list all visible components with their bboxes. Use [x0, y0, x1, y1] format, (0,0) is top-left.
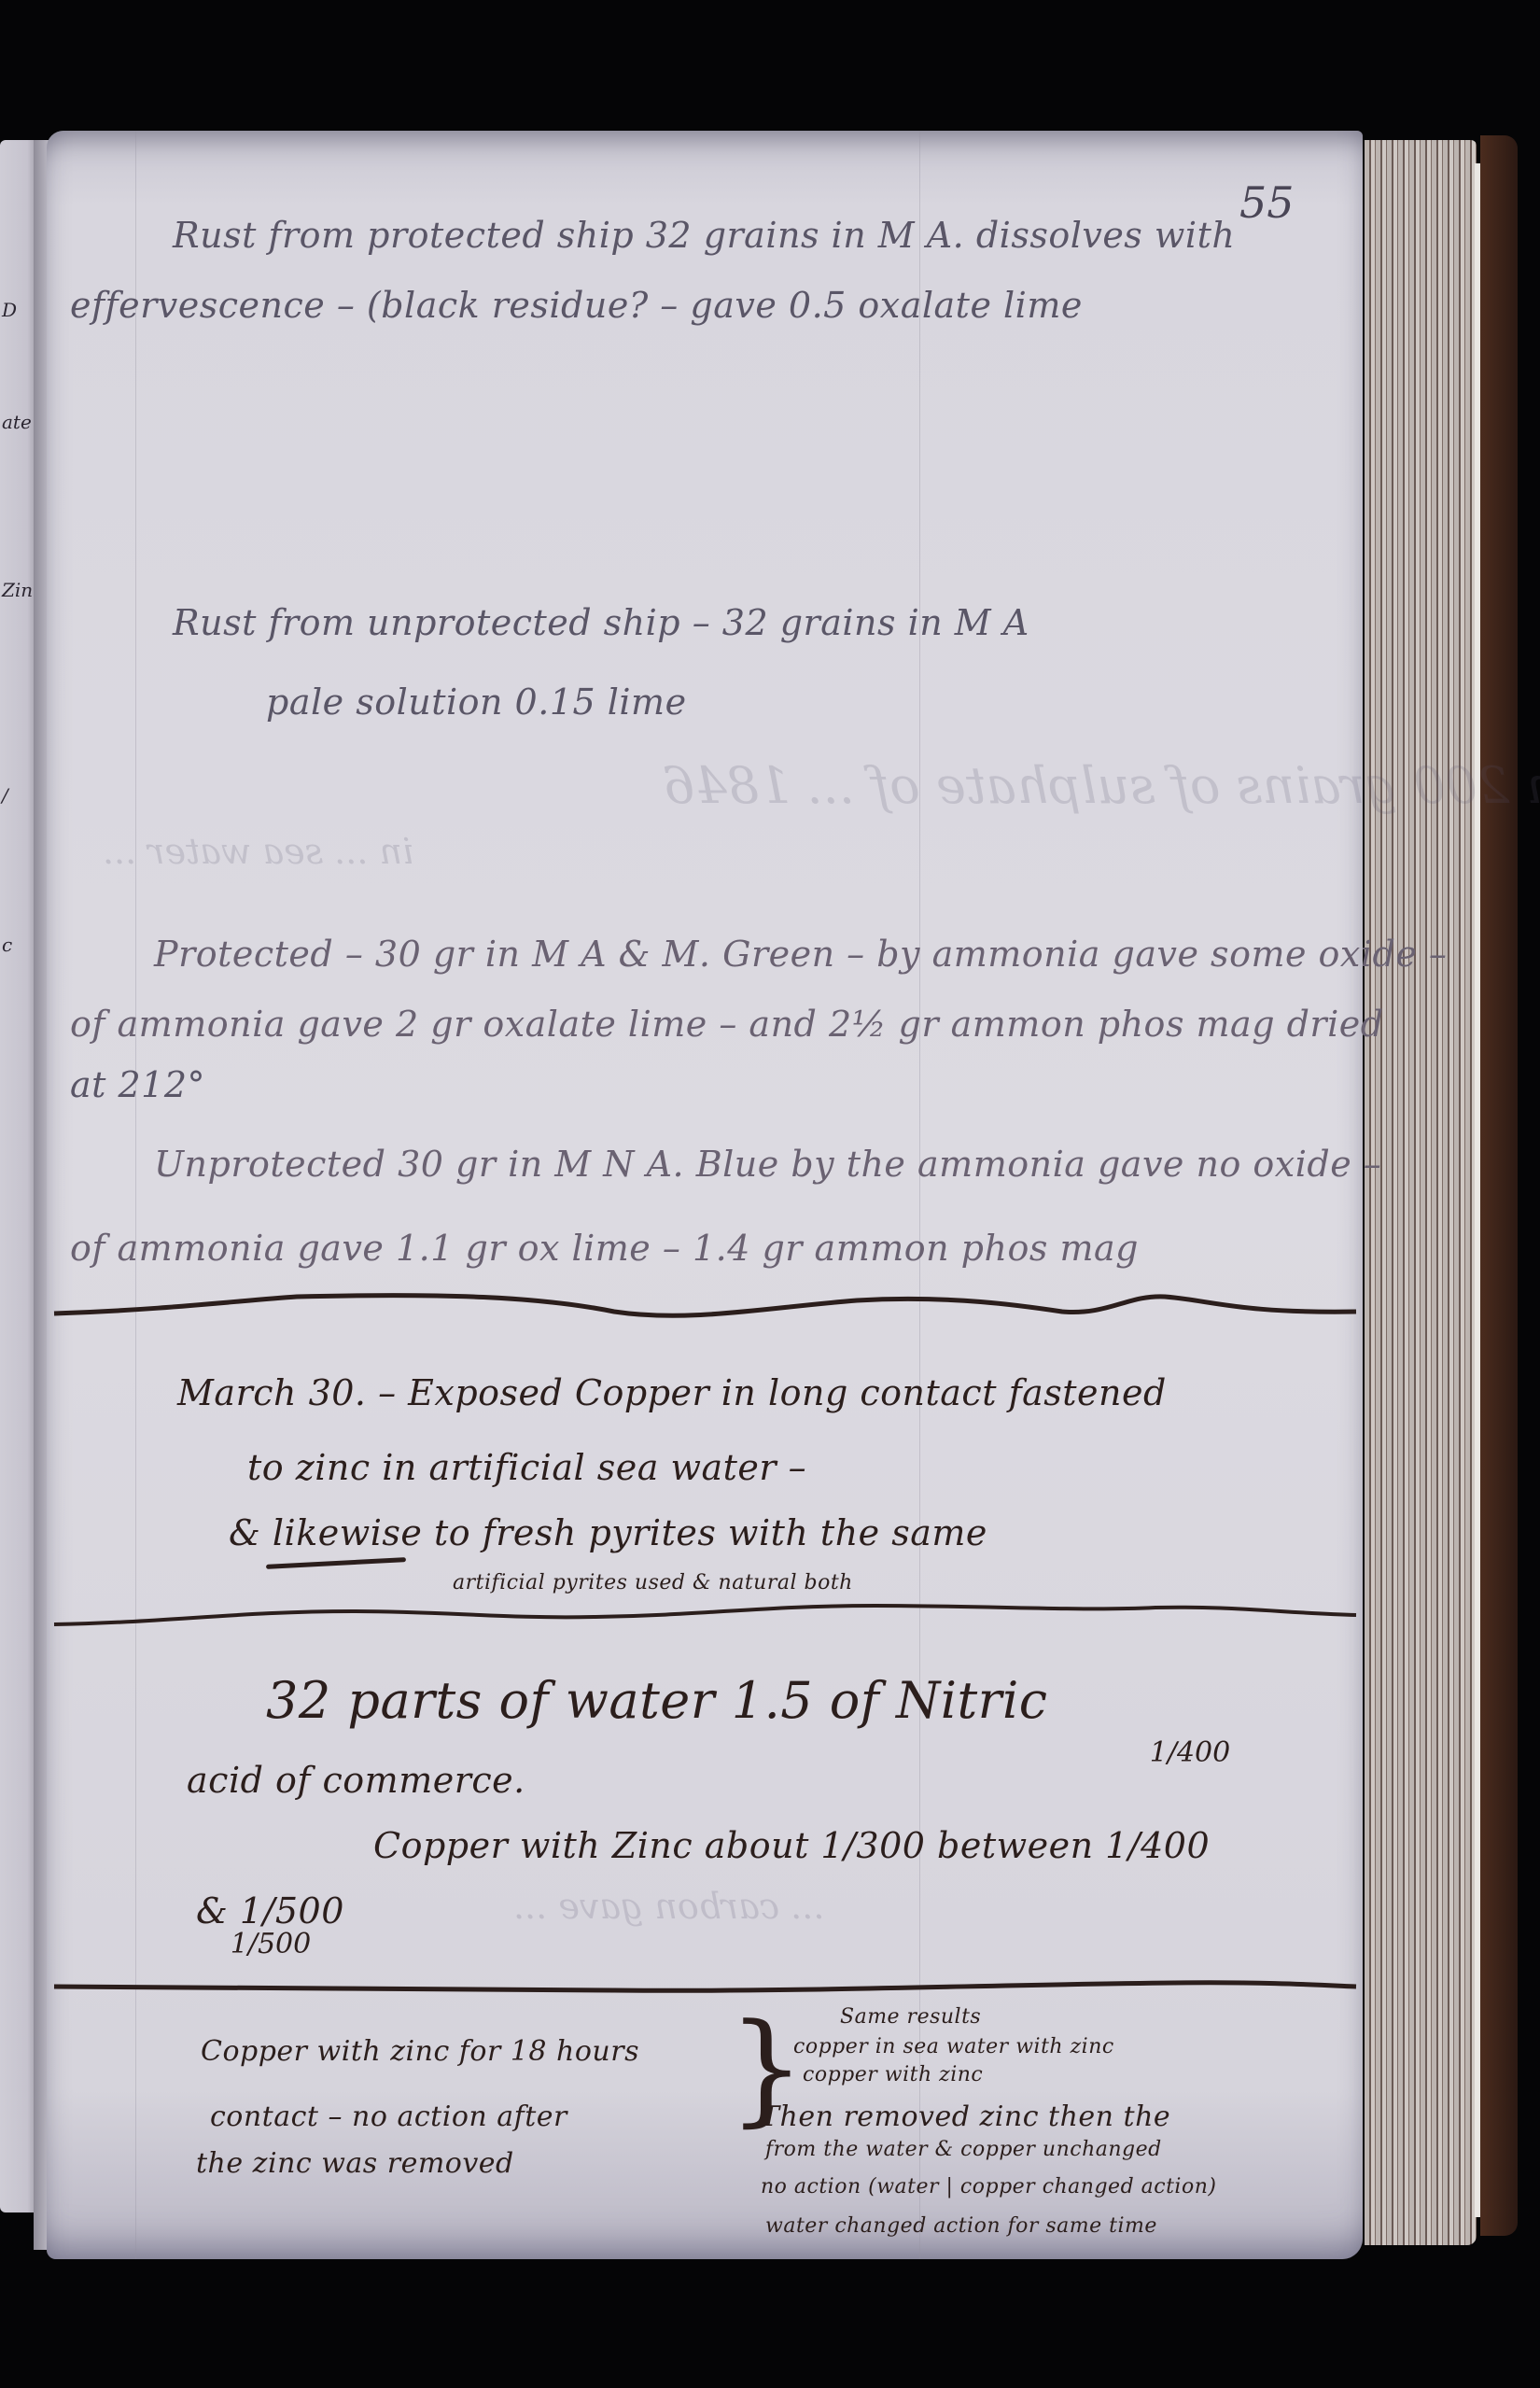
entry-copper-zinc-line-3: the zinc was removed — [196, 2147, 514, 2180]
entry-copper-zinc-line-1: Copper with zinc for 18 hours — [201, 2035, 639, 2068]
entry-march-30-line-1: March 30. – Exposed Copper in long conta… — [177, 1372, 1167, 1413]
facing-page-fragment: ate — [2, 411, 32, 433]
bleed-through-text: in ... sea water ... — [103, 831, 413, 872]
fraction-1-400: 1/400 — [1148, 1736, 1232, 1769]
entry-same-results-line-3: copper with zinc — [803, 2063, 983, 2086]
entry-unprotected-30gr-line-1: Unprotected 30 gr in M N A. Blue by the … — [154, 1144, 1381, 1185]
entry-rust-unprotected-line-1: Rust from unprotected ship – 32 grains i… — [173, 602, 1029, 643]
fold-rule — [919, 131, 920, 2259]
bleed-through-text: ... carbon gave ... — [513, 1886, 824, 1927]
entry-protected-30gr-line-2: of ammonia gave 2 gr oxalate lime – and … — [70, 1004, 1384, 1045]
bleed-through-text: March 6th 200 grains of sulphate of ... … — [663, 756, 1540, 815]
ink-divider-line — [54, 1598, 1356, 1636]
entry-same-results-line-7: water changed action for same time — [765, 2214, 1157, 2238]
entry-nitric-acid-line-3: Copper with Zinc about 1/300 between 1/4… — [373, 1825, 1210, 1866]
wavy-line-icon — [54, 1284, 1356, 1321]
facing-page-fragment: c — [2, 934, 12, 956]
wavy-line-icon — [54, 1598, 1356, 1636]
ink-divider-line — [54, 1284, 1356, 1321]
entry-march-30-line-2: to zinc in artificial sea water – — [247, 1447, 806, 1488]
page-block-edge — [1365, 140, 1477, 2245]
facing-page-fragment: D — [2, 299, 17, 321]
entry-nitric-acid-line-2: acid of commerce. — [187, 1760, 525, 1801]
ink-divider-line — [54, 1968, 1356, 2005]
entry-same-results-line-5: from the water & copper unchanged — [765, 2138, 1162, 2161]
facing-page-fragment: / — [2, 784, 8, 807]
entry-rust-protected-line-2: effervescence – (black residue? – gave 0… — [70, 285, 1083, 326]
page-number: 55 — [1239, 177, 1295, 228]
entry-rust-protected-line-1: Rust from protected ship 32 grains in M … — [173, 215, 1235, 256]
facing-page-fragment: Zin — [2, 579, 33, 601]
entry-protected-30gr-line-3: at 212° — [70, 1064, 205, 1105]
margin-rule — [135, 131, 136, 2259]
entry-protected-30gr-line-1: Protected – 30 gr in M A & M. Green – by… — [154, 934, 1447, 975]
entry-nitric-acid-line-4: & 1/500 — [196, 1890, 344, 1931]
wavy-line-icon — [54, 1968, 1356, 2005]
entry-same-results-line-6: no action (water | copper changed action… — [761, 2175, 1216, 2198]
entry-same-results-line-2: copper in sea water with zinc — [793, 2035, 1114, 2058]
entry-march-30-line-3: & likewise to fresh pyrites with the sam… — [229, 1512, 987, 1553]
fraction-value: 1/400 — [1148, 1736, 1232, 1769]
entry-same-results-line-1: Same results — [840, 2005, 981, 2029]
fraction-1-500: 1/500 — [219, 1928, 322, 1960]
entry-copper-zinc-line-2: contact – no action after — [210, 2100, 567, 2133]
entry-nitric-acid-line-1: 32 parts of water 1.5 of Nitric — [266, 1671, 1048, 1730]
entry-same-results-line-4: Then removed zinc then the — [761, 2100, 1170, 2133]
entry-march-30-line-4: artificial pyrites used & natural both — [453, 1571, 853, 1594]
book-cover-edge — [1480, 135, 1518, 2236]
entry-unprotected-30gr-line-2: of ammonia gave 1.1 gr ox lime – 1.4 gr … — [70, 1228, 1139, 1269]
entry-rust-unprotected-line-2: pale solution 0.15 lime — [266, 681, 687, 723]
fraction-value: 1/500 — [219, 1928, 322, 1960]
